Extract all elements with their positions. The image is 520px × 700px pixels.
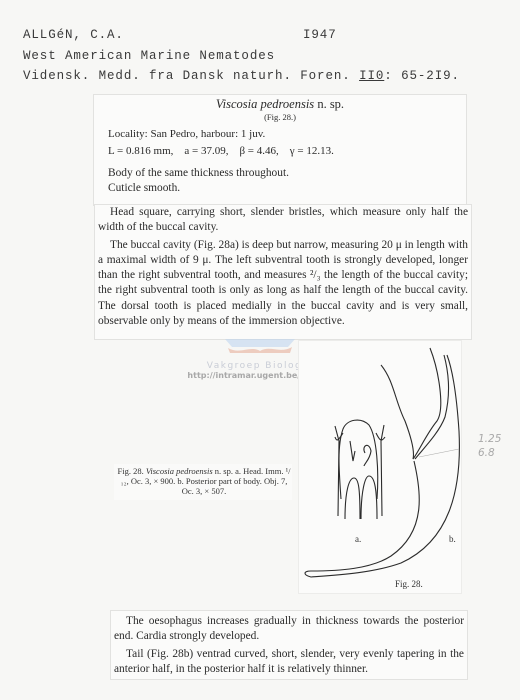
- species-suffix: n. sp.: [317, 97, 344, 111]
- species-name: Viscosia pedroensis: [216, 97, 314, 111]
- label-a: a.: [355, 534, 361, 544]
- cuticle-text: Cuticle smooth.: [108, 181, 452, 196]
- author: ALLGéN, C.A.: [23, 28, 124, 42]
- description-clip: Head square, carrying short, slender bri…: [94, 204, 472, 340]
- locality: Locality: San Pedro, harbour: 1 juv.: [108, 128, 452, 140]
- species-fig-ref: (Fig. 28.): [108, 112, 452, 122]
- oesophagus-text: The oesophagus increases gradually in th…: [114, 614, 464, 645]
- note-line-1: 1.25: [478, 432, 501, 446]
- tail-text: Tail (Fig. 28b) ventrad curved, short, s…: [114, 647, 464, 678]
- label-fig: Fig. 28.: [395, 579, 423, 589]
- buccal-text: The buccal cavity (Fig. 28a) is deep but…: [98, 238, 468, 330]
- journal: Vidensk. Medd. fra Dansk naturh. Foren.: [23, 69, 351, 83]
- species-clip: Viscosia pedroensis n. sp. (Fig. 28.) Lo…: [93, 94, 467, 206]
- caption-clip: Fig. 28. Viscosia pedroensis n. sp. a. H…: [114, 464, 292, 500]
- figure-caption: Fig. 28. Viscosia pedroensis n. sp. a. H…: [116, 466, 292, 496]
- citation: Vidensk. Medd. fra Dansk naturh. Foren. …: [23, 69, 460, 83]
- figure-28-drawing: [299, 341, 461, 593]
- measurements: L = 0.816 mm, a = 37.09, β = 4.46, γ = 1…: [108, 145, 452, 157]
- tail-clip: The oesophagus increases gradually in th…: [110, 610, 468, 680]
- body-text: Body of the same thickness throughout.: [108, 166, 452, 181]
- volume: II0: [359, 69, 384, 83]
- ship-logo-icon: [220, 335, 300, 357]
- work-title: West American Marine Nematodes: [23, 49, 275, 63]
- pages: : 65-2I9.: [384, 69, 460, 83]
- caption-species: Viscosia pedroensis: [146, 466, 213, 476]
- head-text: Head square, carrying short, slender bri…: [98, 205, 468, 236]
- figure-clip: a. b. Fig. 28.: [298, 340, 462, 594]
- caption-prefix: Fig. 28.: [117, 466, 143, 476]
- species-title: Viscosia pedroensis n. sp.: [108, 97, 452, 112]
- handwritten-note: 1.25 6.8: [478, 432, 501, 460]
- note-line-2: 6.8: [478, 446, 501, 460]
- label-b: b.: [449, 534, 456, 544]
- year: I947: [303, 28, 337, 42]
